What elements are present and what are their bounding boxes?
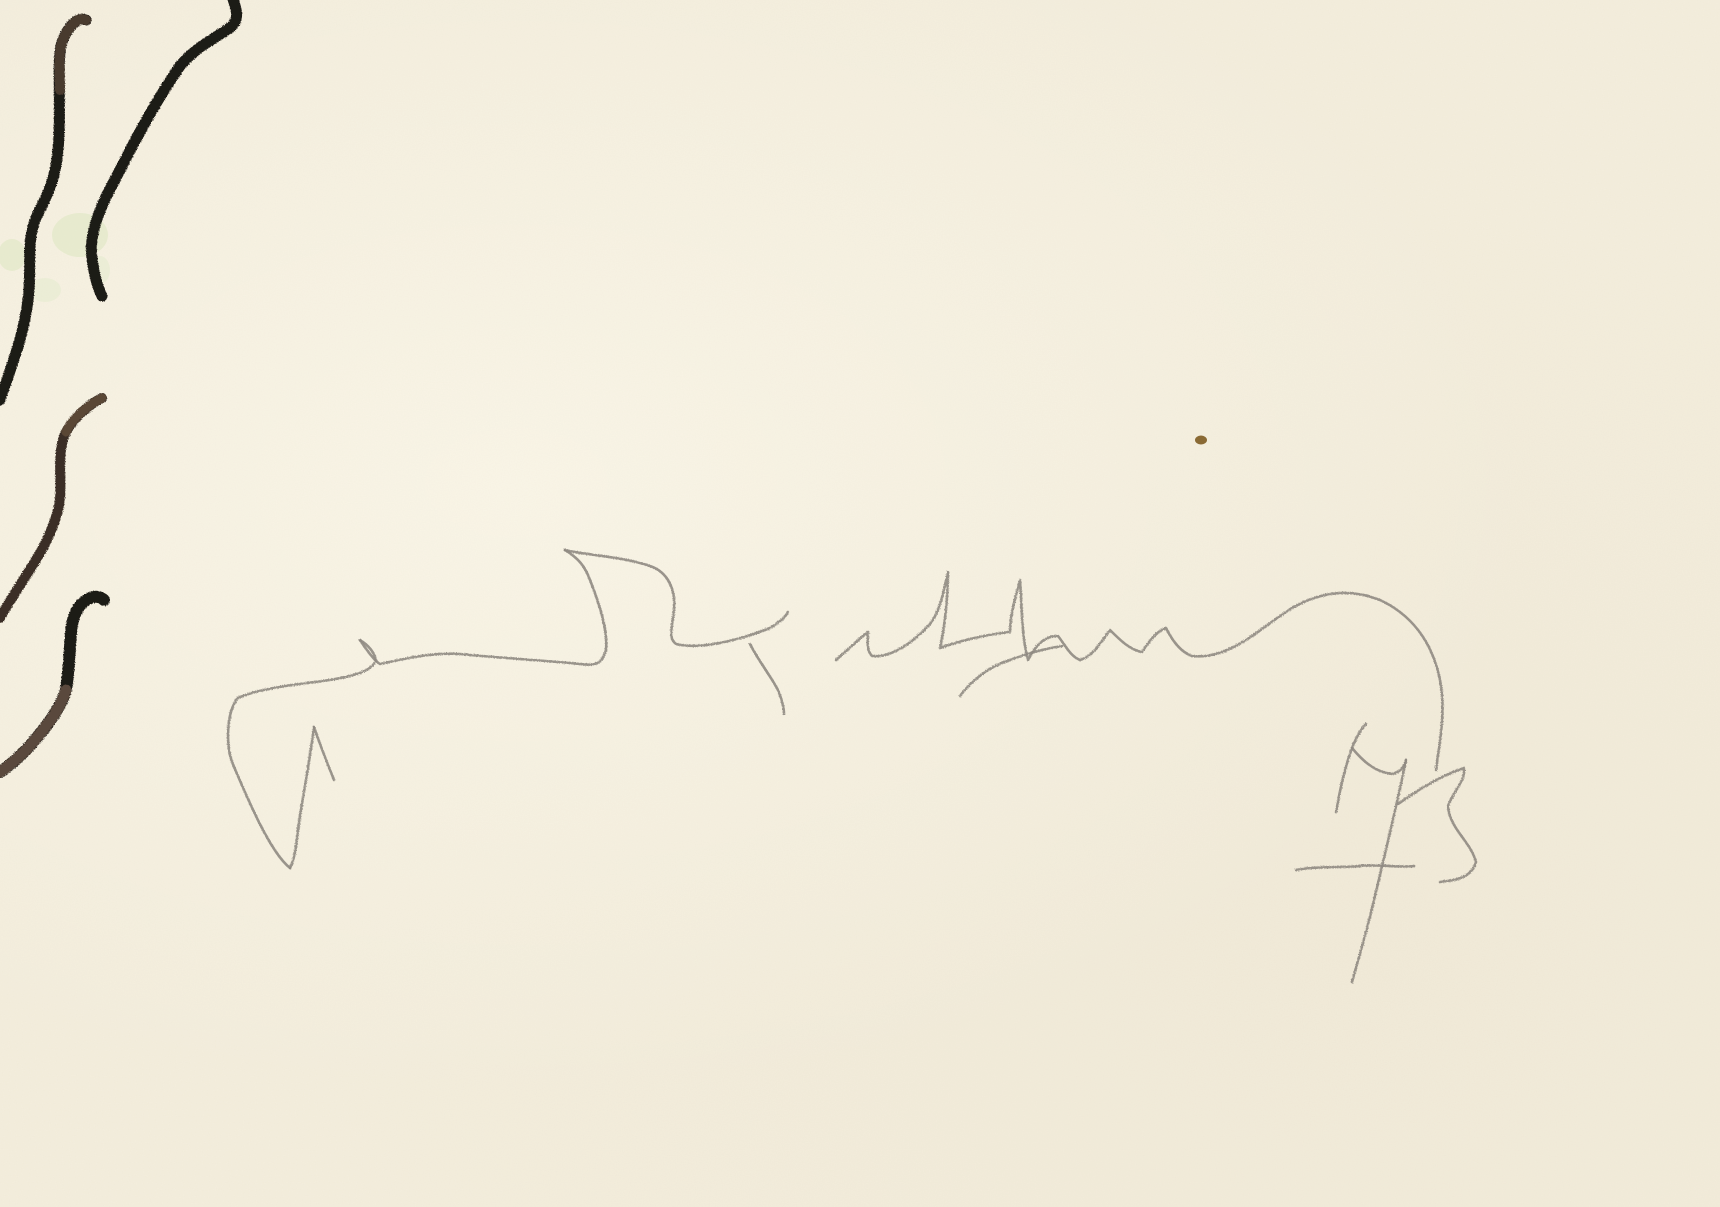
artwork-drawing <box>0 0 1720 1207</box>
artwork-canvas: J. Rekatin 75 <box>0 0 1720 1207</box>
paper-spot <box>1195 436 1207 445</box>
paper-texture <box>0 0 1720 1207</box>
